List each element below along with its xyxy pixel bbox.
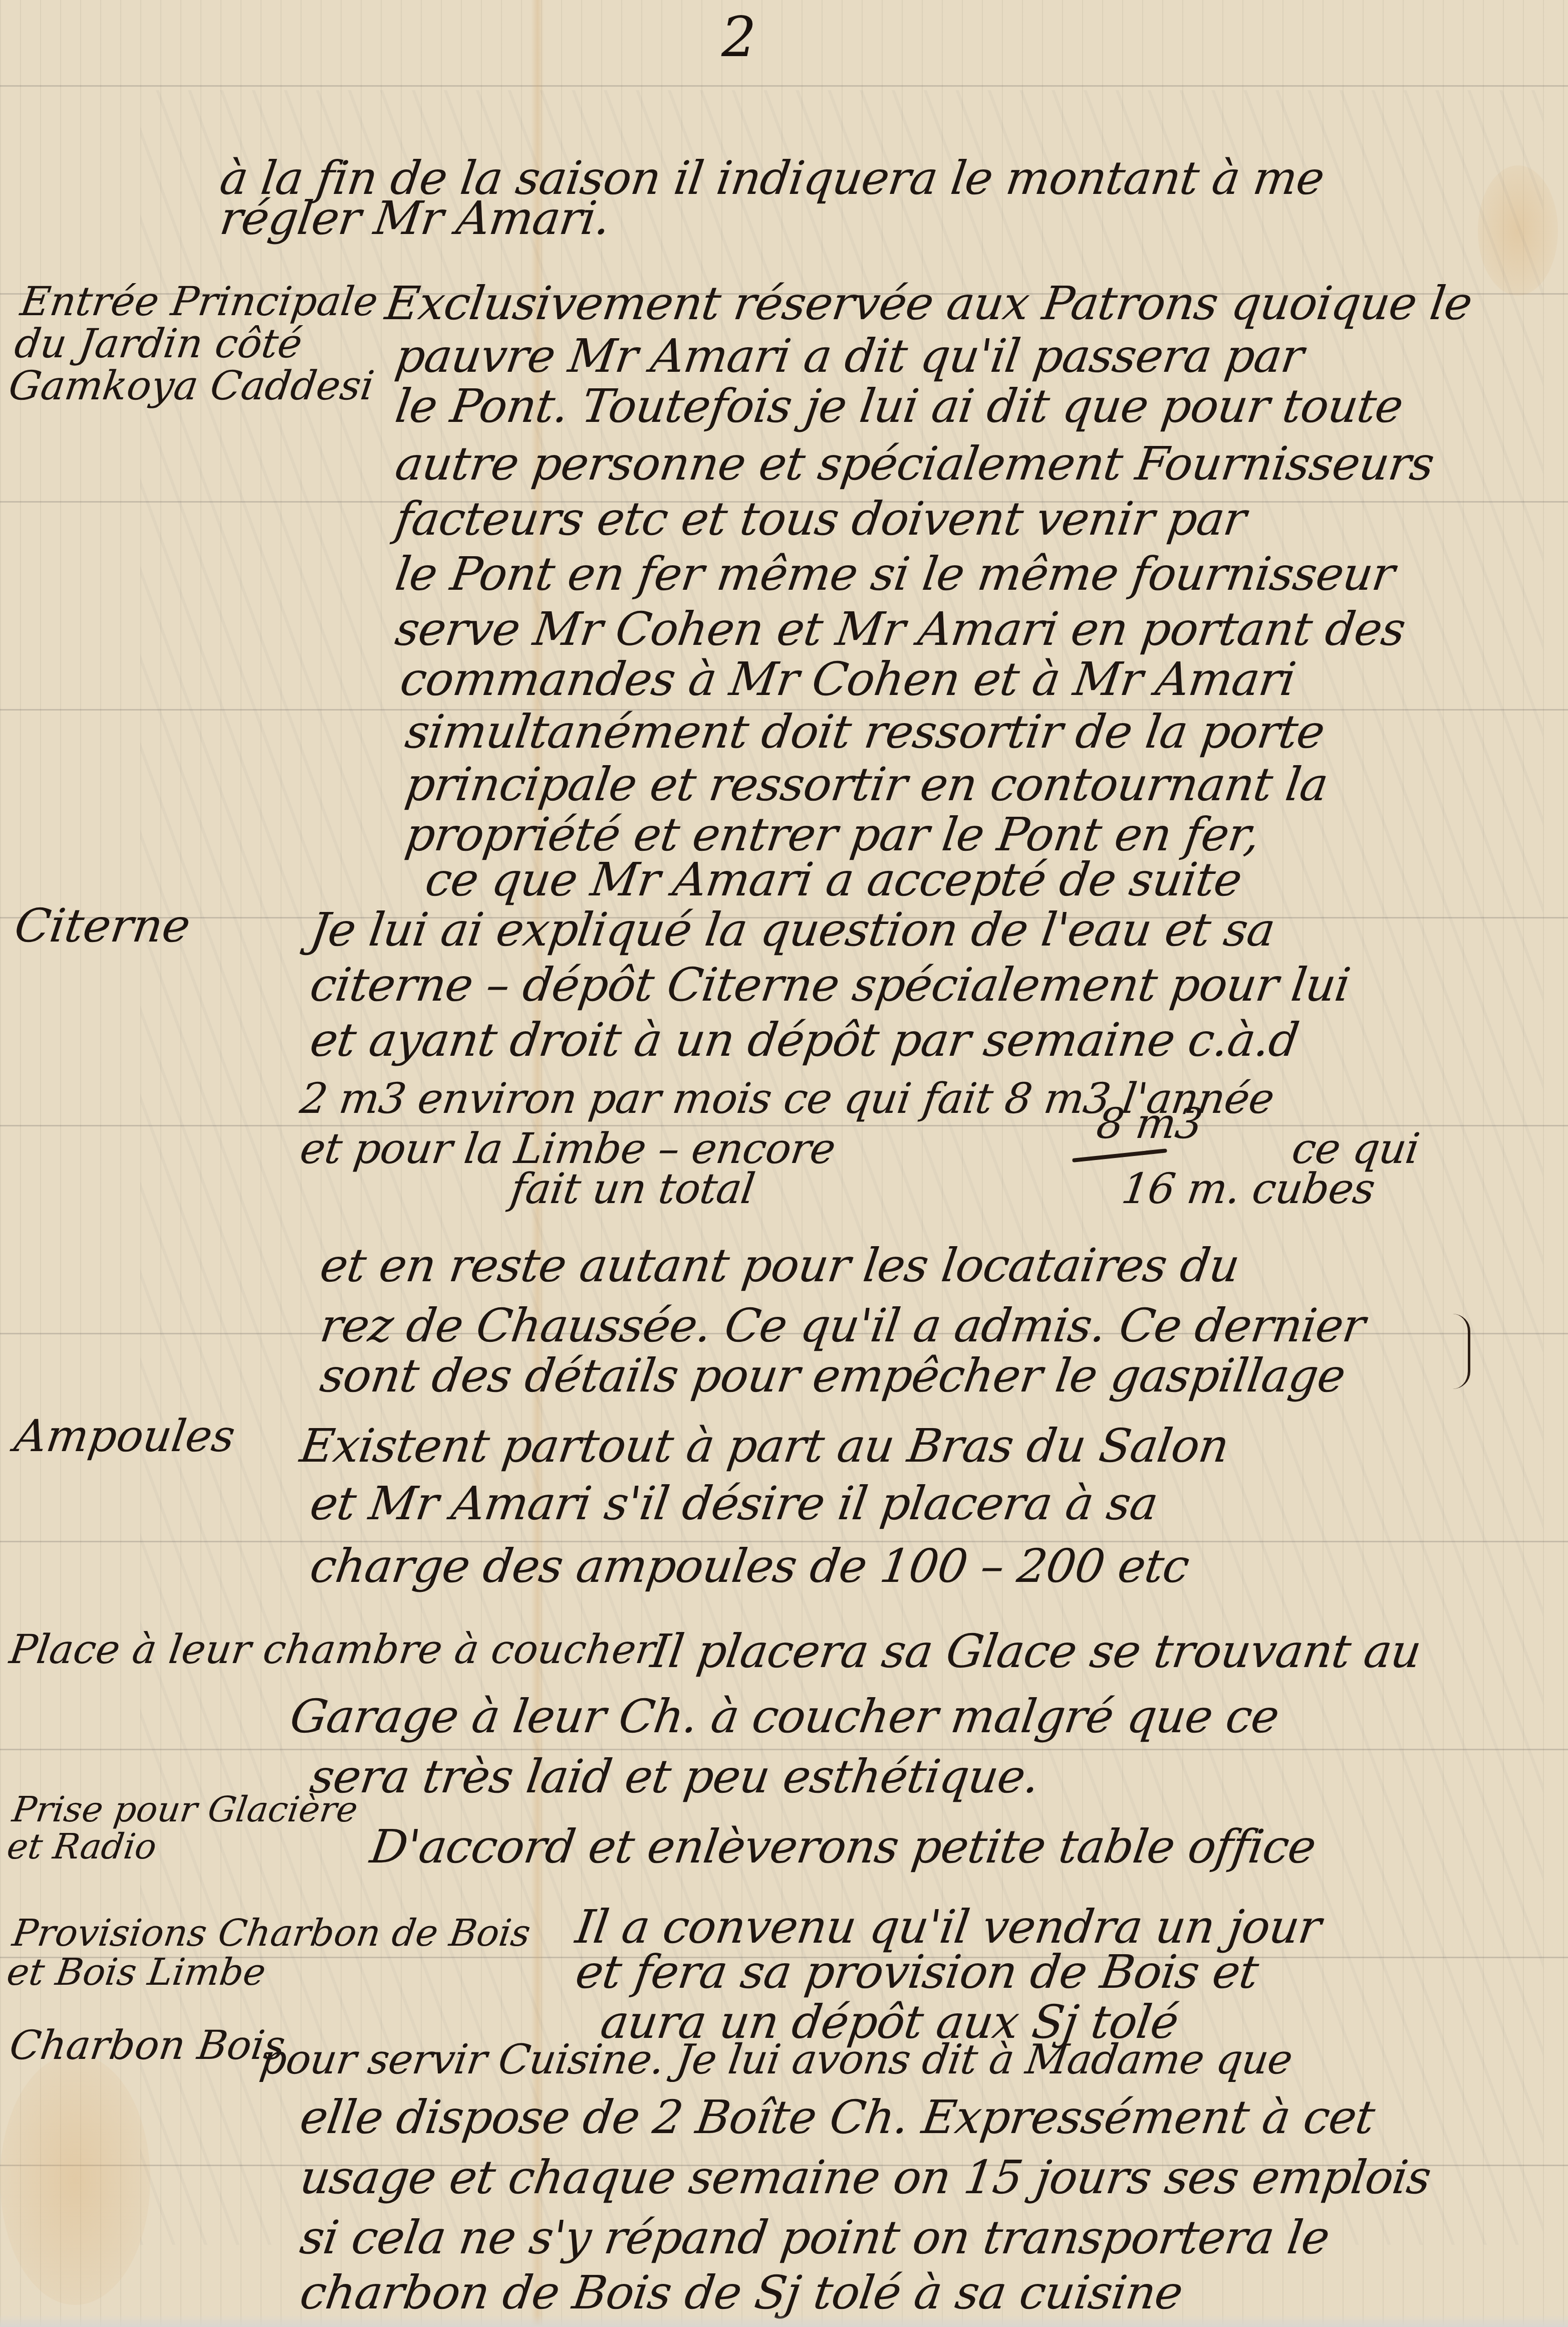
text-line: Existent partout à part au Bras du Salon (298, 1423, 1232, 1469)
text-line: si cela ne s'y répand point on transport… (298, 2215, 1332, 2261)
margin-label-ampoules: Ampoules (12, 1413, 238, 1459)
text-line: Je lui ai expliqué la question de l'eau … (308, 907, 1278, 953)
text-line: elle dispose de 2 Boîte Ch. Expressément… (298, 2095, 1378, 2141)
paper-stain (0, 2054, 150, 2305)
calc-total: 16 m. cubes (1119, 1168, 1377, 1210)
text-line: D'accord et enlèverons petite table offi… (368, 1824, 1319, 1870)
text-line: rez de Chaussée. Ce qu'il a admis. Ce de… (318, 1303, 1368, 1349)
text-line: serve Mr Cohen et Mr Amari en portant de… (393, 606, 1408, 652)
page-number: 2 (721, 5, 756, 69)
text-line: principale et ressortir en contournant l… (403, 762, 1331, 808)
margin-label-entree: Entrée Principale du Jardin côté Gamkoya… (6, 281, 388, 407)
text-line: et ayant droit à un dépôt par semaine c.… (308, 1017, 1301, 1063)
text-line: le Pont. Toutefois je lui ai dit que pou… (393, 383, 1406, 429)
text-line: ce que Mr Amari a accepté de suite (423, 857, 1244, 903)
text-line: et pour la Limbe – encore (298, 1127, 838, 1170)
handwritten-page: 2 Entrée Principale du Jardin côté Gamko… (0, 0, 1568, 2327)
paper-stain (1478, 165, 1558, 296)
text-line: propriété et entrer par le Pont en fer, (403, 812, 1262, 858)
text-line: Il a convenu qu'il vendra un jour (573, 1904, 1324, 1950)
calc-value: 8 m3 (1094, 1102, 1205, 1144)
text-line: charge des ampoules de 100 – 200 etc (308, 1543, 1192, 1589)
text-line: fait un total (508, 1168, 757, 1210)
bracket-mark (1453, 1314, 1470, 1389)
text-line: sera très laid et peu esthétique. (308, 1754, 1042, 1800)
margin-label-citerne: Citerne (12, 902, 193, 951)
calc-suffix: ce qui (1289, 1127, 1422, 1170)
text-line: pour servir Cuisine. Je lui avons dit à … (257, 2039, 1294, 2080)
calc-total-bar (1072, 1148, 1167, 1162)
text-line: simultanément doit ressortir de la porte (403, 709, 1328, 755)
text-line: Exclusivement réservée aux Patrons quoiq… (383, 281, 1475, 327)
text-line: commandes à Mr Cohen et à Mr Amari (398, 656, 1298, 703)
text-line: charbon de Bois de Sj tolé à sa cuisine (298, 2270, 1186, 2316)
text-line: régler Mr Amari. (217, 195, 613, 242)
margin-label-place: Place à leur chambre à coucher (7, 1628, 658, 1671)
torn-bottom-edge (0, 2315, 1568, 2327)
text-line: usage et chaque semaine on 15 jours ses … (298, 2155, 1434, 2201)
margin-label-provisions: Provisions Charbon de Bois et Bois Limbe (5, 1914, 533, 1992)
text-line: Garage à leur Ch. à coucher malgré que c… (288, 1694, 1282, 1740)
text-line: et Mr Amari s'il désire il placera à sa (308, 1481, 1161, 1527)
text-line: citerne – dépôt Citerne spécialement pou… (308, 962, 1353, 1008)
text-line: le Pont en fer même si le même fournisse… (393, 551, 1397, 597)
text-line: et en reste autant pour les locataires d… (318, 1243, 1242, 1289)
text-line: facteurs etc et tous doivent venir par (393, 496, 1249, 542)
margin-label-charbon: Charbon Bois (7, 2024, 288, 2066)
text-line: sont des détails pour empêcher le gaspil… (318, 1353, 1348, 1399)
text-line: et fera sa provision de Bois et (573, 1949, 1261, 1995)
text-line: autre personne et spécialement Fournisse… (393, 441, 1437, 487)
text-line: pauvre Mr Amari a dit qu'il passera par (393, 333, 1306, 379)
text-line: Il placera sa Glace se trouvant au (648, 1628, 1424, 1675)
